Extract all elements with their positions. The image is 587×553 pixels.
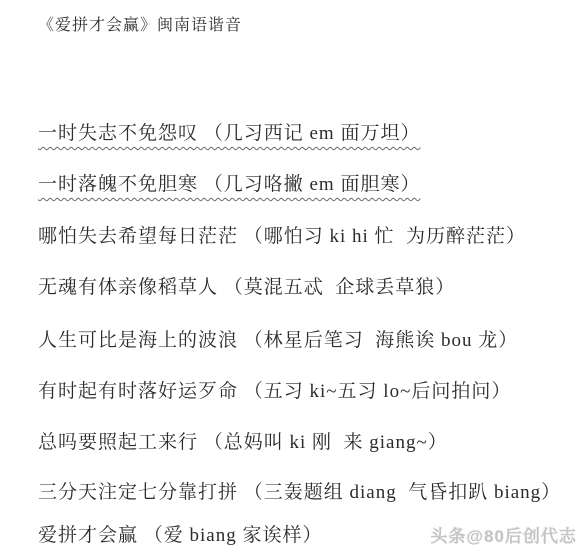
lyric-line: 总吗要照起工来行 （总妈叫 ki 刚 来 giang~）	[38, 427, 448, 454]
lyric-line: 一时失志不免怨叹 （几习西记 em 面万坦）	[38, 118, 420, 145]
lyric-line: 爱拼才会赢 （爱 biang 家诶样）	[38, 520, 322, 547]
lyric-line: 人生可比是海上的波浪 （林星后笔习 海熊诶 bou 龙）	[38, 325, 518, 352]
lyric-line: 哪怕失去希望每日茫茫 （哪怕习 ki hi 忙 为历醉茫茫）	[38, 221, 526, 248]
lyric-line: 三分天注定七分靠打拼 （三轰题组 diang 气昏扣趴 biang）	[38, 477, 561, 504]
lyric-line: 有时起有时落好运歹命 （五习 ki~五习 lo~后问拍问）	[38, 376, 511, 403]
document-page: 《爱拼才会赢》闽南语谐音 一时失志不免怨叹 （几习西记 em 面万坦） 一时落魄…	[0, 0, 587, 553]
lyric-line: 一时落魄不免胆寒 （几习咯撇 em 面胆寒）	[38, 169, 420, 196]
page-title: 《爱拼才会赢》闽南语谐音	[38, 12, 242, 35]
watermark: 头条@80后创代志	[431, 522, 578, 547]
lyric-line: 无魂有体亲像稻草人 （莫混五忒 企球丢草狼）	[38, 272, 455, 299]
